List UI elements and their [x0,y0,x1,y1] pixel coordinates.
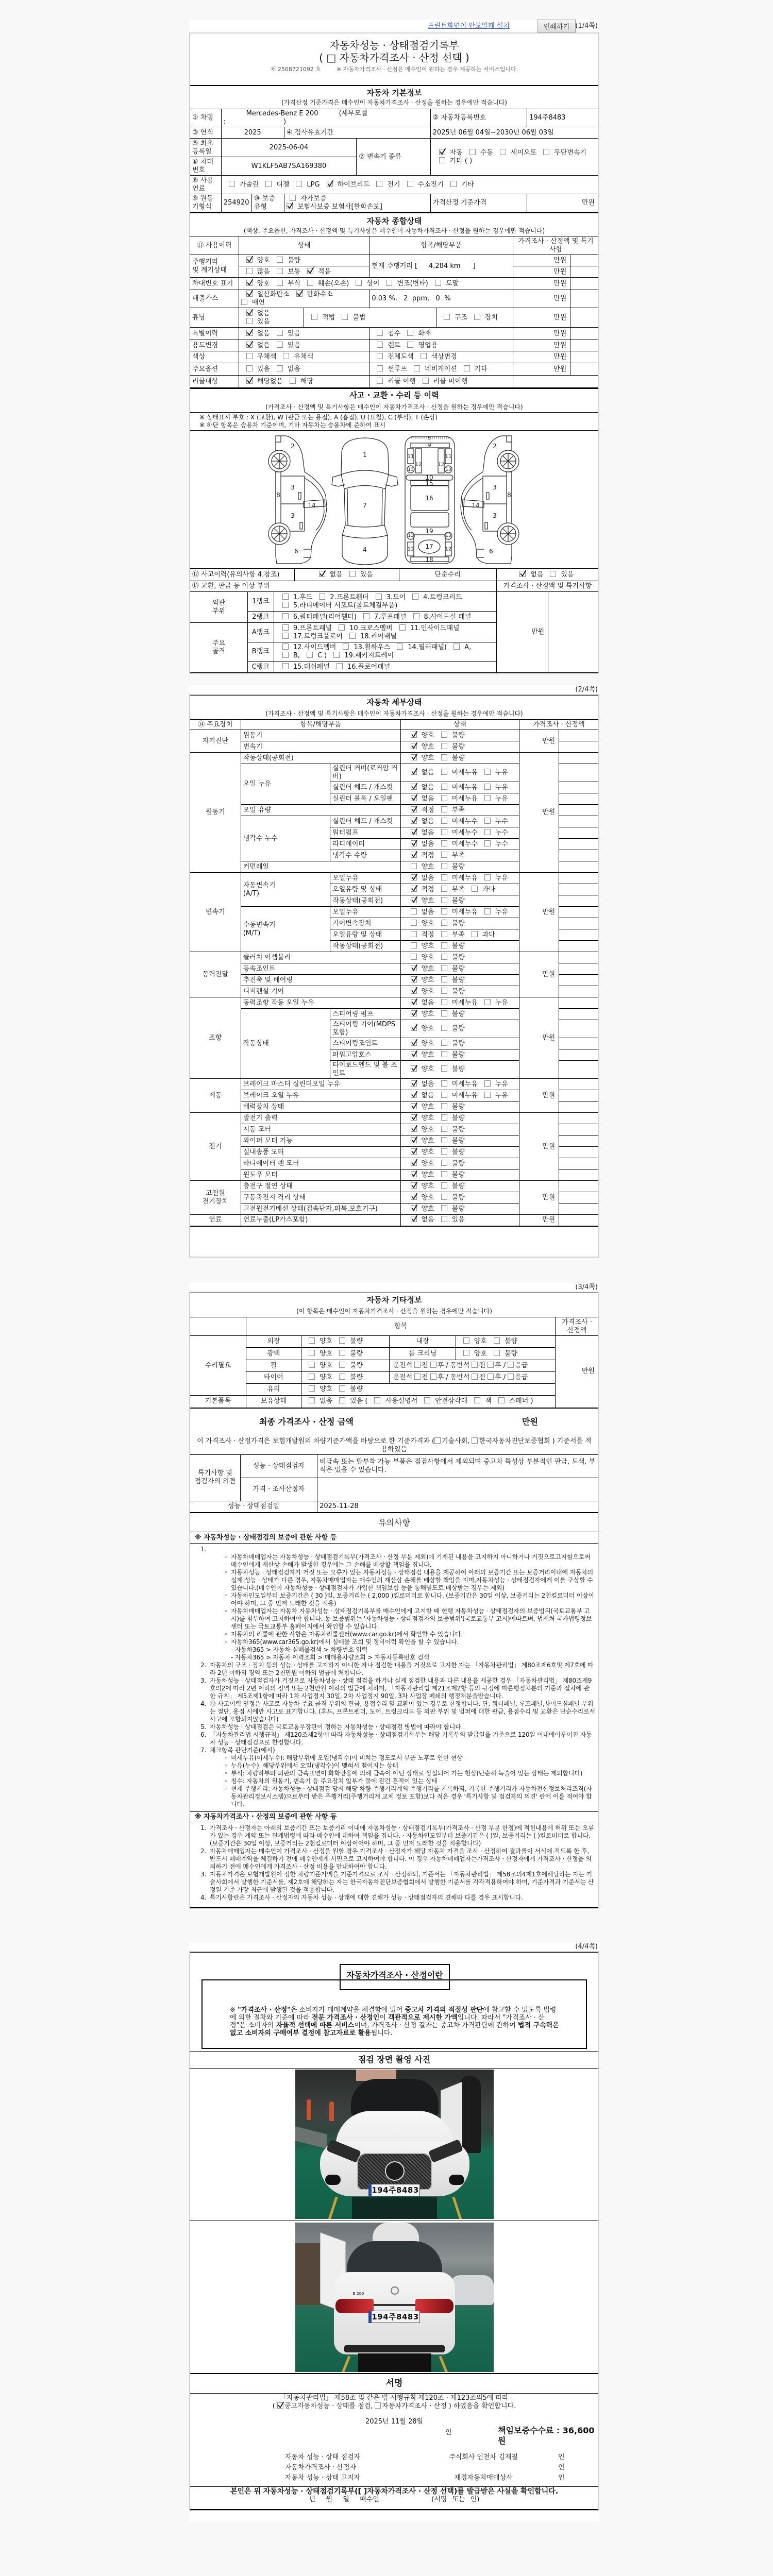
checked-box-icon [307,268,313,274]
empty-box-icon [423,378,429,384]
state-cell: 없음있음 (사용설명서안전삼각대잭스패너 ) [301,1396,556,1408]
option: 해당없음 [246,378,283,386]
price-note-cell [559,963,598,975]
signature-title: 서명 [190,2374,598,2394]
option: 양호 [309,1362,332,1370]
price-note-cell [570,351,598,363]
price-note-cell [559,1147,598,1158]
detail-subitem: 스티어링조인트 [330,1038,400,1049]
option-label: 양호 [422,1148,434,1156]
option: 있음 [349,571,373,579]
option: 미세누유 [441,1092,478,1100]
option-label: 양호 [474,1350,487,1358]
option: 있음 [246,318,301,326]
price-note-cell [559,1204,598,1215]
option: 누수 [484,840,508,849]
empty-box-icon [441,1080,447,1087]
empty-box-icon [399,624,406,631]
inspection-photo-front: 194주8483 [295,2070,494,2219]
option: 불량 [441,1137,465,1145]
checked-box-icon [411,769,417,775]
detail-group-label: 전기 [190,1113,241,1181]
part-number-label: 3 [493,512,497,519]
parts-header-row: ⑬ 교환, 판금 등 이상 부위 가격조사 · 산정액 및 특기사항 [190,581,598,592]
option: 양호 [411,1160,434,1168]
price-note-cell [559,1038,598,1049]
option-label: 있음 ( [350,1397,367,1405]
price-unit: 만원 [513,255,570,266]
option-label: LPG [307,181,320,189]
option: 불량 [441,988,465,996]
option: 없음 [246,330,270,338]
checked-box-icon [411,818,417,824]
detail-state: 양호불량 [400,1136,519,1147]
empty-box-icon [484,1092,491,1098]
tuning-kind: 구조장치 [436,308,513,328]
appraiser-opinion [317,1478,598,1501]
etc-heading: 자동차 기타정보 (이 항목은 매수인이 자동차가격조사 · 산정을 원하는 경… [190,1293,598,1317]
option: 많음 [246,268,270,276]
detail-item: 원동기 [241,730,400,741]
part-number-label: 15 [425,480,433,487]
option: 없음 [411,999,434,1007]
row-label: 기본품목 [190,1396,246,1408]
field-label: 가격산정 기준가격 [430,194,527,212]
option: 10.크로스멤버 [339,624,392,633]
option-label: 보험사보증 보험사[한화손보] [297,203,382,211]
empty-box-icon [282,602,289,608]
option-label: 없음 [422,818,434,825]
price-note-cell [559,1049,598,1061]
option: 양호 [411,1051,434,1059]
option: 누유 [484,784,508,792]
option: 양호 [411,1194,434,1202]
row-label: ⑬ 교환, 판금 등 이상 부위 [190,581,496,592]
option-label: 미세누유 [452,999,478,1007]
option: 기술사회, [434,1437,469,1446]
option-label: 불량 [452,1040,465,1047]
empty-box-icon [441,852,447,858]
checked-box-icon [411,1148,417,1155]
page-1: 프린트화면이 안보일때 설치 인쇄하기 (1/4쪽) 자동차성능 · 상태점검기… [189,20,599,674]
option-label: 과다 [482,931,495,939]
detail-subitem: 작동상태(공회전) [330,941,400,952]
empty-box-icon [463,1337,469,1344]
print-install-link[interactable]: 프린트화면이 안보일때 설치 [428,22,510,30]
section-title: 자동차 종합상태 [190,216,598,226]
option-label: 있음 [452,1216,465,1224]
option-label: 없음 [422,840,434,848]
price-unit: 만원 [519,1113,559,1181]
detail-item: 오일 누유 [241,764,330,805]
part-number-label: 8 [276,492,280,499]
notice-sub-text: - 자동차365 > 자동차 이력조회 > 매매용차량조회 > 자동차등록번호 … [231,1654,595,1662]
etc-header-row: 항목 가격조사 · 산정액 [190,1317,598,1336]
checked-box-icon [411,1194,417,1200]
row-label: 주행거리 및 계기상태 [190,255,239,278]
option-label: 15.대쉬패널 [293,663,330,671]
empty-box-icon [435,280,441,286]
option-label: 불량 [452,1103,465,1111]
checked-box-icon [411,1126,417,1132]
detail-state: 적정부족과다 [400,929,519,941]
empty-box-icon [494,1350,500,1356]
option-label: 훼손(오손) [318,280,349,287]
price-unit: 만원 [513,308,570,328]
price-note-cell [570,278,598,290]
part-number-label: 12 [408,547,414,552]
price-note-cell [559,1061,598,1079]
empty-box-icon [283,353,289,359]
notice-item: 3.자동차가격은 보험개발원이 정한 차량기준가액을 기준가격으로 조사 · 산… [200,1871,595,1894]
bullet-icon: ◦ [224,1569,231,1592]
row-label: 단순수리 [399,569,496,581]
price-note-cell [559,1181,598,1192]
checked-box-icon [411,1205,417,1211]
option-label: 양호 [422,754,434,762]
option-label: 기타 [475,365,488,373]
option-label: 네비게이션 [425,365,457,373]
detail-state: 없음미세누유누유 [400,997,519,1009]
option-label: 6.쿼터패널(리어휀다) [293,613,357,621]
part-number-label: 17 [425,543,433,550]
bullet-icon: ◦ [224,1762,231,1770]
signer-role: 자동차 성능 · 상태 고지자 [285,2474,388,2482]
empty-box-icon [277,365,283,371]
checked-box-icon [411,1182,417,1189]
detail-subitem: 오일유량 및 상태 [330,884,400,895]
signature-date: 2025년 11월 28일 [190,2418,598,2426]
option: 있음 [277,330,300,338]
option-label: 적정 [422,806,434,814]
option-label: 무단변속기 [554,149,586,157]
option-label: 18.리어패널 [360,633,397,640]
option: 불량 [339,1350,363,1358]
warranty-fee: 책임보증수수료 : 36,600원 [498,2426,598,2446]
buyer-receipt: 본인은 위 자동차성능 · 상태점검기록부([ ]자동차가격조사 · 산정 선택… [190,2487,598,2510]
part-number-label: 3 [493,484,497,491]
empty-box-icon [282,613,289,619]
detail-state: 양호불량 [400,975,519,986]
option-label: 없음 [422,908,434,916]
price-note-cell [559,861,598,873]
state-cell: 양호불량 [301,1360,390,1372]
option: 없음 [411,1080,434,1089]
empty-box-icon [441,897,447,903]
option: 불량 [441,863,465,871]
empty-box-icon [441,1205,447,1211]
option-label: 없음 [288,365,300,373]
price-note-cell [559,793,598,805]
mercedes-star-icon [385,2161,405,2181]
option: A, [453,643,471,652]
notice-bullet-text: 자동차365(www.car365.go.kr)에서 실매물 조회 및 정비이력… [231,1638,595,1646]
option-label: 해당없음 [257,378,283,385]
empty-box-icon [484,1080,491,1087]
rank-label: 2랭크 [247,612,274,623]
empty-box-icon [349,571,356,577]
photo-row: E 200 194주8483 [190,2221,598,2374]
option-label: 양호 [422,732,434,739]
checked-box-icon [411,976,417,982]
option: 영업용 [407,342,438,350]
price-note-cell [559,1020,598,1038]
option: 불량 [339,1385,363,1394]
checked-box-icon [411,754,417,760]
notice-item: 1.◦자동차매매업자는 자동차성능 · 상태점검기록부(가격조사 · 산정 부분… [200,1546,595,1662]
option: 불량 [441,754,465,762]
option-label: 색상변경 [431,353,457,361]
signer-seal: 인 [558,2453,565,2462]
option-label: 기타 [461,181,474,189]
accident-history-row: ⑫ 사고이력(유의사항 4.참조) 없음있음 단순수리 없음있음 [190,569,598,581]
detail-item: 커먼레일 [241,861,400,873]
part-number-label: 11 [408,454,414,460]
item-cell: 전체도색색상변경 [369,351,513,363]
option-label: 없음 [422,999,434,1007]
details-body: 자기진단원동기양호불량만원변속기양호불량원동기작동상태(공회전)양호불량만원오일… [190,730,598,1226]
mileage-row: 주행거리 및 계기상태 양호불량 현재 주행거리 [4,284 km] 만원 [190,255,598,266]
vehicle-name-value: Mercedes-Benz E 200(세부모델 :) [221,109,430,127]
option: 불량 [441,732,465,740]
option-label: 1.후드 [293,594,313,601]
notice-bullet: ◦부식: 차량하부와 외판의 금속표면이 화학반응에 의해 금속이 아닌 상태로… [224,1770,595,1777]
option-label: 후 / [495,1362,506,1369]
option: 후 / [488,1362,506,1370]
option: 불량 [494,1337,517,1346]
option: 없음 [411,840,434,849]
record-page-3: 자동차 기타정보 (이 항목은 매수인이 자동차가격조사 · 산정을 원하는 경… [189,1292,599,1909]
option-label: 미세누유 [452,1092,478,1099]
confirmation-line: ( 중고자동차성능 · 상태를 점검,자동차가격조사 · 산정) 하였음을 확인… [190,2402,598,2411]
empty-box-icon [386,280,392,286]
option: 디젤 [265,181,289,189]
checked-box-icon [411,852,417,858]
option-label: 양호 [422,976,434,984]
option: 양호 [411,976,434,985]
option-label: 양호 [422,1160,434,1167]
option: B, [282,652,300,660]
option: 부족 [441,931,465,939]
empty-box-icon [407,330,413,336]
empty-box-icon [441,954,447,960]
state-cell: 양호불량 [301,1384,556,1396]
empty-box-icon [484,840,491,846]
detail-item: 와이퍼 모터 기능 [241,1136,400,1147]
option: 잭 [474,1397,492,1405]
empty-box-icon [543,149,549,155]
option-label: 누유 [495,769,508,776]
option: 기타 ( ) [439,157,473,165]
option-label: 렌트 [388,342,400,349]
option-label: 보통 [288,268,300,276]
empty-box-icon [309,1397,315,1403]
notice-bullet-text: 누유(누수): 해당부위에서 오일(냉각수)이 맺혀서 떨어지는 상태 [231,1762,595,1770]
notice-text: ⑫ 사고이력 인정은 사고로 자동차 주요 골격 부위의 판금, 용접수리 및 … [210,1700,595,1723]
empty-box-icon [282,663,289,669]
option: 양호 [411,743,434,751]
option-label: 스패너 ) [509,1397,533,1405]
empty-box-icon [472,1362,478,1368]
car-shadow [358,2353,431,2372]
checked-box-icon [411,874,417,880]
empty-box-icon [411,863,417,869]
empty-box-icon [441,784,447,790]
detail-row: 전기발전기 출력양호불량만원 [190,1113,598,1124]
row-label: 유리 [246,1384,301,1396]
detail-item: 시동 모터 [241,1124,400,1136]
option-label: 불량 [350,1385,363,1393]
option: 운전석 [393,1362,412,1370]
notice-item: 2.자동차의 구조 · 장치 등의 성능 · 상태를 고지하지 아니한 자나 점… [200,1662,595,1677]
option: 양호 [411,1126,434,1134]
price-note-cell [559,730,598,741]
option-label: 불량 [452,988,465,995]
empty-box-icon [397,643,403,650]
detail-item: 오일 유량 [241,805,400,816]
price-note-cell [570,363,598,376]
option: 1.후드 [282,594,313,602]
signer-name: 재경자동차매매상사 [432,2474,535,2482]
notice-item: 7.체크항목 판단기준(예시)◦미세누유(미세누수): 해당부위에 오일(냉각수… [200,1747,595,1808]
option: 변조(변타) [386,280,428,288]
option: 미세누유 [441,999,478,1007]
option-label: 미세누수 [452,840,478,848]
empty-box-icon [441,1051,447,1057]
option: 16.플로어패널 [337,663,390,671]
option: 스패너 ) [498,1397,533,1405]
option: 15.대쉬패널 [282,663,330,671]
detail-state: 양호불량 [400,963,519,975]
option-label: 미세누수 [452,829,478,837]
empty-box-icon [472,931,478,937]
opinion-row: 특기사항 및 점검자의 의견 성능 · 상태점검자 비금속 또는 탈부착 가능 … [190,1454,598,1478]
detail-row: 고전원 전기장치충전구 절연 상태양호불량만원 [190,1181,598,1192]
option: 전기 [376,181,400,189]
price-note-cell [559,850,598,861]
empty-box-icon [441,1194,447,1200]
fuel-options: 가솔린디젤LPG하이브리드전기수소전기기타 [221,176,598,194]
option-label: 양호 [422,1051,434,1059]
notice-number: 1. [200,1546,210,1662]
column-header: 상태 [239,236,369,255]
empty-box-icon [376,594,382,600]
detail-group-label: 동력전달 [190,952,241,997]
option-label: 2.프론트휀더 [330,594,368,601]
notice-bullet: ◦자동차성능 · 상태점검자가 거짓 또는 오류가 있는 자동차성능 · 상태점… [224,1569,595,1592]
print-button[interactable]: 인쇄하기 [537,20,576,32]
checked-box-icon [411,1051,417,1057]
option-label: 부족 [452,931,465,939]
rank-label: 1랭크 [247,592,274,612]
details-heading: 자동차 세부상태 (가격조사 · 산정액 및 특기사항은 매수인이 자동차가격조… [190,695,598,719]
final-price-unit: 만원 [522,1417,538,1427]
notices-list: 1.◦자동차매매업자는 자동차성능 · 상태점검기록부(가격조사 · 산정 부분… [190,1544,598,1811]
option: 가솔린 [229,181,259,189]
color-row: 색상 무채색유채색 전체도색색상변경 만원 [190,351,598,363]
option-label: 양호 [422,1010,434,1018]
empty-box-icon [441,942,447,948]
option-label: 중고자동차성능 · 상태를 점검, [284,2402,373,2410]
option: 양호 [411,920,434,928]
option: 19.패키지트레이 [333,652,394,660]
option-label: 불량 [452,942,465,950]
detail-state: 없음미세누유누유 [400,793,519,805]
detail-state: 양호불량 [400,1181,519,1192]
option: 후 / [430,1362,448,1370]
detail-item: 수동변속기 (M/T) [241,907,330,952]
checked-box-icon [411,1025,417,1031]
empty-box-icon [441,829,447,835]
row-label: 룸 크리닝 [390,1348,456,1360]
empty-box-icon [421,353,427,359]
option: 누유 [484,1092,508,1100]
detail-subitem: 실린더 헤드 / 개스킷 [330,782,400,793]
empty-box-icon [441,1160,447,1166]
option: 양호 [411,1040,434,1048]
price-note-cell [570,340,598,351]
notice-text: 체크항목 판단기준(예시) [210,1747,595,1754]
option-label: 상이 [366,280,379,287]
option-label: 부족 [452,886,465,893]
row-label: 휠 [246,1360,301,1372]
empty-box-icon [441,1040,447,1046]
item-cell: 썬루프네비게이션기타 [369,363,513,376]
empty-box-icon [441,988,447,994]
option: 누유 [484,999,508,1007]
section-title: 자동차 기타정보 [190,1295,598,1304]
part-number-label: 14 [308,502,315,509]
option: 전 [414,1362,428,1370]
position-cell: 운전석전후 /동반석전후 /응급 [390,1372,556,1384]
model-year-row: ③ 연식 2025 ④ 검사유효기간 2025년 06월 04일~2030년 0… [190,127,598,139]
parts-group-label: 외판 부위 [190,592,247,623]
option: 부족 [441,886,465,894]
option-label: C ) [317,652,327,659]
empty-box-icon [375,2402,381,2409]
option-label: 9.프론트패널 [293,624,332,632]
option: 불량 [441,1194,465,1202]
detail-subitem: 오일누유 [330,873,400,884]
row-label: 타이어 [246,1372,301,1384]
price-unit: 만원 [519,997,559,1079]
option-label: 양호 [422,897,434,905]
option-label: 변조(변타) [397,280,428,287]
option-label: 있음 [288,330,300,337]
empty-box-icon [277,257,283,263]
option-label: 양호 [257,257,270,264]
detail-subitem: 파워고압호스 [330,1049,400,1061]
option-label: 5.라디에이터 서포트(볼트체결부품) [293,602,398,609]
car-shadow [352,2197,437,2219]
detail-item: 구동축전지 격리 상태 [241,1192,400,1204]
option: 양호 [411,988,434,996]
option-label: 도말 [446,280,459,287]
inspection-date-row: 성능 · 상태점검일 2025-11-28 [190,1501,598,1513]
empty-box-icon [441,818,447,824]
empty-box-icon [411,908,417,914]
row-label: 색상 [190,351,239,363]
pricing-info-area: 자동차가격조사 · 산정이란 ※ "가격조사 · 산정"은 소비자가 매매계약을… [190,1952,598,2052]
empty-box-icon [339,1337,345,1344]
status-legend: ※ 상태표시 부호 : X (교환), W (판금 또는 용접), A (흠집)… [190,412,598,431]
emphasis-text: 전문 가격조사 · 산정인 [312,2014,380,2022]
option-label: 불량 [452,920,465,927]
inspection-validity: 2025년 06월 04일~2030년 06월 03일 [430,127,598,139]
option-label: 잭 [485,1397,492,1405]
option-label: 없음 [422,795,434,803]
row-label: 광택 [246,1348,301,1360]
